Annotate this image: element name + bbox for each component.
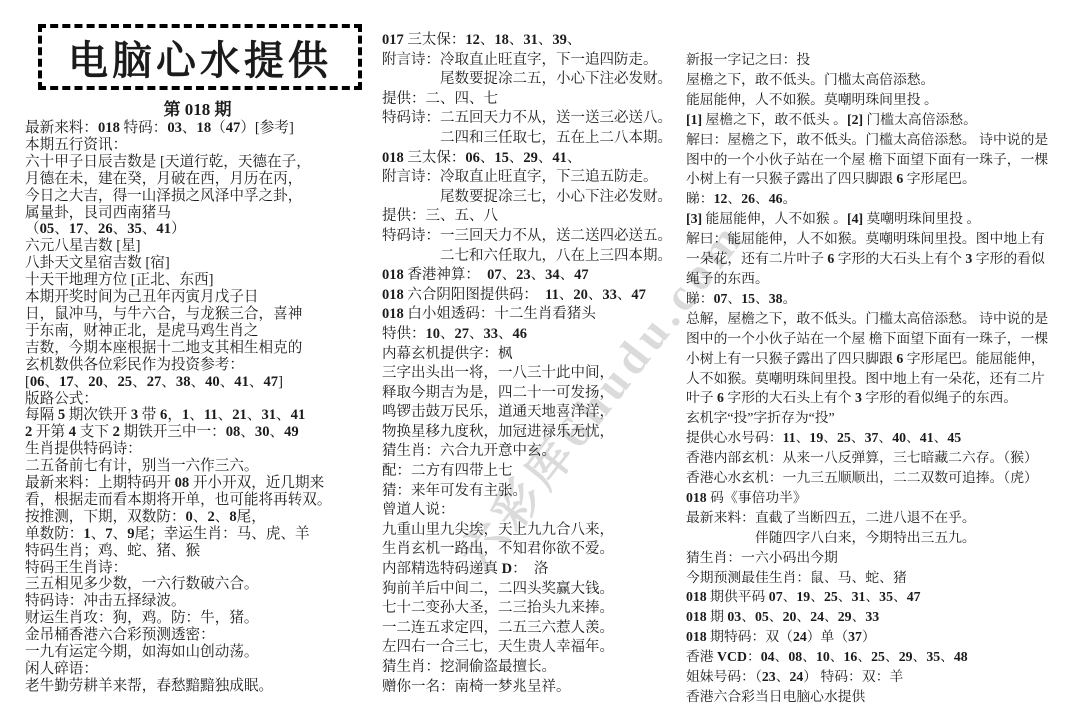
text-line: （05、17、26、35、41） [25,221,377,238]
text-line: 018 期供平码 07、19、25、31、35、47 [686,587,1048,607]
text-line: 闲人碎语： [25,661,377,678]
text-line: 左四右一合三七，天生贵人幸福年。 [382,638,674,658]
text-line: 小树上有一只猴子露出了四只脚跟 6 字形尾巴。能屈能伸， [686,349,1048,369]
text-line: 生肖提供特码诗： [25,441,377,458]
text-line: 小树上有一只猴子露出了四只脚跟 6 字形尾巴。 [686,169,1048,189]
text-line: 屋檐之下，敢不低头。门槛太高倍添愁。 [686,70,1048,90]
text-line: 曾道人说： [382,501,674,521]
text-line: 每隔 5 期次铁开 3 带 6，1、11、21、31、41 [25,407,377,424]
text-line: 一二连五求定四，二五三六惹人羡。 [382,619,674,639]
text-line: 提供心水号码：11、19、25、37、40、41、45 [686,428,1048,448]
text-line: 图中的一个小伙子站在一个屋 檐下面望下面有一珠子，一棵 [686,329,1048,349]
text-line: 物换星移九度秋，加冠进禄乐无忧， [382,423,674,443]
text-line: 图中的一个小伙子站在一个屋 檐下面望下面有一珠子，一棵 [686,150,1048,170]
text-line: 猜生肖：挖洞偷盗最擅长。 [382,658,674,678]
text-line: [06、17、20、25、27、38、40、41、47] [25,374,377,391]
text-line: 最新来料：018 特码：03、18（47）[参考] [25,120,377,137]
left-column: 最新来料：018 特码：03、18（47）[参考]本期五行资讯：六十甲子日辰吉数… [25,120,377,695]
text-line: 香港 VCD：04、08、10、16、25、29、35、48 [686,647,1048,667]
text-line: 绳子的东西。 [686,269,1048,289]
text-line: 三字出头出一将，一八三十此中间， [382,364,674,384]
text-line: 特码王生肖诗： [25,560,377,577]
text-line: 猜生肖：一六小码出今期 [686,548,1048,568]
text-line: 香港心水玄机：一九三五顺顺出，二二双数可追捧。（虎） [686,468,1048,488]
text-line: 单数防：1、7、9尾；幸运生肖：马、虎、羊 [25,526,377,543]
text-line: 018 期特码：双（24）单（37） [686,627,1048,647]
text-line: 鸣锣击鼓万民乐，道通天地喜洋洋， [382,403,674,423]
text-line: 吉数，今期本座根据十二地支其相生相克的 [25,340,377,357]
text-line: 金吊桶香港六合彩预测透密： [25,627,377,644]
text-line: 玄机字“投”字折存为“投” [686,408,1048,428]
text-line: 今日之大吉，得一山泽损之风泽中孚之卦， [25,188,377,205]
text-line: 特码诗：冲击五择绿波。 [25,593,377,610]
text-line: 姐妹号码：（23、24） 特码：双：羊 [686,667,1048,687]
text-line: 猜生肖：六合九开意中玄。 [382,442,674,462]
text-line: 睇：07、15、38。 [686,289,1048,309]
text-line: 一朵花，还有二片叶子 6 字形的大石头上有个 3 字形的看似 [686,249,1048,269]
text-line: 特码诗：二五回天力不从，送一送三必送八。 [382,109,674,129]
text-line: 018 六合阴阳图提供码： 11、20、33、47 [382,286,674,306]
text-line: 内幕玄机提供字：枫 [382,345,674,365]
text-line: 特码生肖；鸡、蛇、猪、猴 [25,543,377,560]
title-box: 电脑心水提供 [38,24,362,90]
text-line: 十天干地理方位 [正北、东西] [25,272,377,289]
text-line: 新报一字记之曰：投 [686,50,1048,70]
text-line: 版路公式： [25,391,377,408]
text-line: 附言诗：冷取直止旺直字，下一追四防走。 [382,51,674,71]
page-title: 电脑心水提供 [68,29,332,86]
text-line: 老牛勤劳耕羊来帮，春愁黯黯独成眠。 [25,678,377,695]
text-line: 属量卦，艮司西南猪马 [25,205,377,222]
text-line: 解曰：能屈能伸，人不如猴。莫嘲明珠间里投。图中地上有 [686,229,1048,249]
text-line: 特码诗：一三回天力不从，送二送四必送五。 [382,227,674,247]
text-line: 猜：来年可发有主张。 [382,482,674,502]
text-line: 财运生肖攻：狗，鸡。防：牛，猪。 [25,610,377,627]
text-line: 提供：二、四、七 [382,90,674,110]
text-line: 018 香港神算： 07、23、34、47 [382,266,674,286]
newspaper-page: 六彩库6hudu.com 电脑心水提供 第 018 期 最新来料：018 特码：… [0,0,1080,719]
text-line: 018 白小姐透码：十二生肖看猪头 [382,305,674,325]
text-line: 伴随四字八白来，今期特出三五九。 [686,528,1048,548]
text-line: 八卦天文星宿吉数 [宿] [25,255,377,272]
text-line: 018 期 03、05、20、24、29、33 [686,607,1048,627]
text-line: 二五备前七有计，别当一六作三六。 [25,458,377,475]
text-line: [3] 能屈能伸，人不如猴 。[4] 莫嘲明珠间里投 。 [686,209,1048,229]
text-line: 最新来料：直截了当断四五，二进八退不在乎。 [686,508,1048,528]
text-line: [1] 屋檐之下，敢不低头 。[2] 门槛太高倍添愁。 [686,110,1048,130]
text-line: 特供：10、27、33、46 [382,325,674,345]
text-line: 尾数要捉凃二五，小心下注必发财。 [382,70,674,90]
text-line: 叶子 6 字形的大石头上有个 3 字形的看似绳子的东西。 [686,388,1048,408]
text-line: 能屈能伸，人不如猴。莫嘲明珠间里投 。 [686,90,1048,110]
text-line: 总解，屋檐之下，敢不低头。门槛太高倍添愁。 诗中说的是 [686,309,1048,329]
text-line: 六元八星吉数 [星] [25,238,377,255]
text-line: 看，根据走而看本期将开单，也可能将再转双。 [25,492,377,509]
text-line: 玄机数供各位彩民作为投资参考： [25,357,377,374]
text-line: 三五相见多少数，一六行数破六合。 [25,576,377,593]
text-line: 生肖玄机一路出，不知君你欲不爱。 [382,540,674,560]
right-column: 新报一字记之曰：投屋檐之下，敢不低头。门槛太高倍添愁。能屈能伸，人不如猴。莫嘲明… [686,50,1048,707]
text-line: 二七和六任取九，八在上三四本期。 [382,247,674,267]
text-line: 018 三太保：06、15、29、41、 [382,149,674,169]
text-line: 附言诗：冷取直止旺直字，下三追五防走。 [382,168,674,188]
text-line: 月德在未，建在癸，月破在西，月历在丙， [25,171,377,188]
text-line: 按推测，下期，双数防：0、2、8尾， [25,509,377,526]
text-line: 提供：三、五、八 [382,207,674,227]
text-line: 狗前羊后中间二，二四头奖赢大钱。 [382,580,674,600]
text-line: 日，鼠冲马，与牛六合，与龙猴三合，喜神 [25,306,377,323]
text-line: 本期五行资讯： [25,137,377,154]
issue-number: 第 018 期 [25,95,370,120]
middle-column: 017 三太保：12、18、31、39、附言诗：冷取直止旺直字，下一追四防走。 … [382,31,674,697]
text-line: 内部精选特码递真 D： 洛 [382,560,674,580]
text-line: 香港六合彩当日电脑心水提供 [686,687,1048,707]
text-line: 香港内部玄机：从来一八反弹算，三七暗藏二六存。（猴） [686,448,1048,468]
text-line: 七十二变孙大圣，二三抬头九来捧。 [382,599,674,619]
text-line: 尾数要捉凃三七，小心下注必发财。 [382,188,674,208]
text-line: 人不如猴。莫嘲明珠间里投。图中地上有一朵花，还有二片 [686,369,1048,389]
text-line: 一九有运定今期，如海如山创动荡。 [25,644,377,661]
text-line: 018 码《事倍功半》 [686,488,1048,508]
text-line: 2 开第 4 支下 2 期铁开三中一：08、30、49 [25,424,377,441]
text-line: 睇：12、26、46。 [686,189,1048,209]
text-line: 解曰：屋檐之下，敢不低头。门槛太高倍添愁。 诗中说的是 [686,130,1048,150]
text-line: 配：二方有四带上七 [382,462,674,482]
text-line: 今期预测最佳生肖：鼠、马、蛇、猪 [686,568,1048,588]
text-line: 最新来料：上期特码开 08 开小开双，近几期来 [25,475,377,492]
text-line: 释取今期吉为是，四二十一可发扬， [382,384,674,404]
text-line: 六十甲子日辰吉数是 [天道行乾，天德在子， [25,154,377,171]
text-line: 九重山里九尖埃，天上九九合八来， [382,521,674,541]
text-line: 二四和三任取七，五在上二八本期。 [382,129,674,149]
text-line: 于东南，财神正北，是虎马鸡生肖之 [25,323,377,340]
text-line: 本期开奖时间为己丑年丙寅月戊子日 [25,289,377,306]
text-line: 赠你一名：南椅一梦兆呈祥。 [382,678,674,698]
text-line: 017 三太保：12、18、31、39、 [382,31,674,51]
